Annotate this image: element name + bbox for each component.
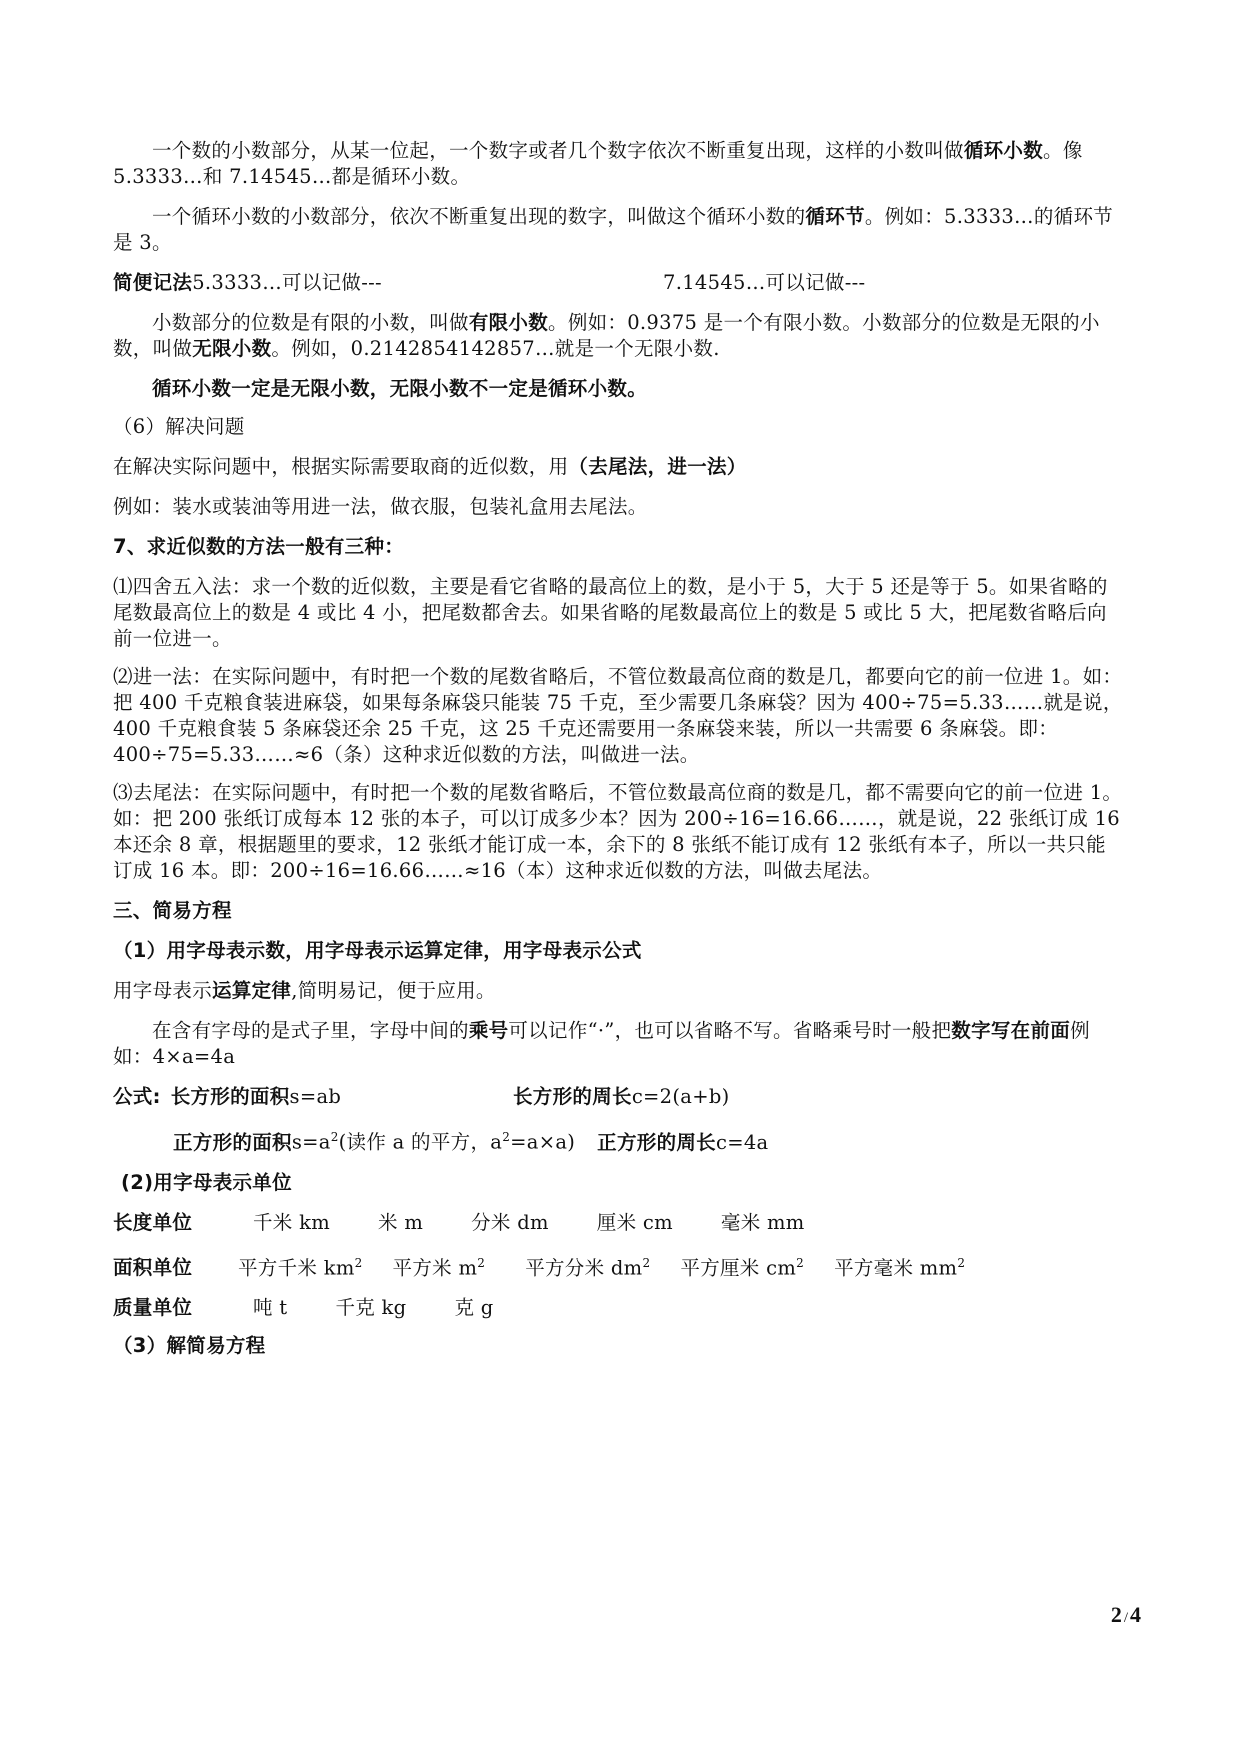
formula-row-square: 正方形的面积 s=a2(读作 a 的平方，a2=a×a) 正方形的周长c=4a	[113, 1124, 1125, 1156]
section-7-heading: 7、求近似数的方法一般有三种：	[113, 534, 1125, 560]
superscript: 2	[796, 1256, 804, 1270]
formula-row-rectangle: 公式: 长方形的面积 s=ab 长方形的周长c=2(a+b)	[113, 1084, 1125, 1110]
unit-t: 吨 t	[253, 1295, 287, 1321]
key-statement: 循环小数一定是无限小数，无限小数不一定是循环小数。	[113, 376, 1125, 402]
unit-km: 千米 km	[253, 1210, 330, 1236]
text: 。例如，0.2142854142857…就是一个无限小数.	[271, 337, 719, 360]
term-finite-decimal: 有限小数	[469, 311, 548, 334]
length-units-label: 长度单位	[113, 1210, 253, 1236]
finite-infinite-definition: 小数部分的位数是有限的小数，叫做有限小数。例如：0.9375 是一个有限小数。小…	[113, 310, 1125, 362]
text: 在含有字母的是式子里，字母中间的	[152, 1019, 469, 1042]
text: 一个数的小数部分，从某一位起，一个数字或者几个数字依次不断重复出现，这样的小数叫…	[152, 139, 964, 162]
methods-bold: （去尾法，进一法）	[568, 455, 746, 478]
chapter-3-heading: 三、简易方程	[113, 898, 1125, 924]
square-area-formula: s=a2(读作 a 的平方，a2=a×a)	[292, 1124, 575, 1156]
unit-dm2: 平方分米 dm2	[525, 1250, 650, 1282]
repeating-decimal-definition: 一个数的小数部分，从某一位起，一个数字或者几个数字依次不断重复出现，这样的小数叫…	[113, 138, 1125, 190]
area-units-row: 面积单位 平方千米 km2 平方米 m2 平方分米 dm2 平方厘米 cm2 平…	[113, 1250, 1125, 1282]
superscript: 2	[355, 1256, 363, 1270]
repeating-cycle-definition: 一个循环小数的小数部分，依次不断重复出现的数字，叫做这个循环小数的循环节。例如：…	[113, 204, 1125, 256]
term-operation-laws: 运算定律	[212, 979, 291, 1002]
text: 用字母表示	[113, 979, 212, 1002]
mass-units-row: 质量单位 吨 t 千克 kg 克 g	[113, 1295, 1125, 1321]
length-units-row: 长度单位 千米 km 米 m 分米 dm 厘米 cm 毫米 mm	[113, 1210, 1125, 1236]
term-multiplication-sign: 乘号	[469, 1019, 509, 1042]
method-rounding: ⑴四舍五入法：求一个数的近似数，主要是看它省略的最高位上的数，是小于 5，大于 …	[113, 574, 1125, 652]
area-units-label: 面积单位	[113, 1255, 238, 1281]
text: 平方毫米 mm	[834, 1256, 957, 1279]
square-perimeter-label: 正方形的周长	[597, 1131, 716, 1154]
superscript: 2	[331, 1130, 339, 1144]
unit-cm: 厘米 cm	[597, 1210, 673, 1236]
multiplication-sign-paragraph: 在含有字母的是式子里，字母中间的乘号可以记作“·”，也可以省略不写。省略乘号时一…	[113, 1018, 1125, 1070]
shorthand-example-2: 7.14545…可以记做---	[663, 270, 865, 296]
text: 一个循环小数的小数部分，依次不断重复出现的数字，叫做这个循环小数的	[152, 205, 805, 228]
unit-km2: 平方千米 km2	[238, 1250, 363, 1282]
subsection-3-heading: （3）解简易方程	[113, 1333, 1125, 1359]
text: =a×a)	[510, 1131, 575, 1154]
superscript: 2	[642, 1256, 650, 1270]
method-round-up: ⑵进一法：在实际问题中，有时把一个数的尾数省略后，不管位数最高位商的数是几，都要…	[113, 664, 1125, 768]
shorthand-label: 简便记法	[113, 270, 192, 296]
superscript: 2	[477, 1256, 485, 1270]
text: 平方千米 km	[238, 1256, 355, 1279]
text: 小数部分的位数是有限的小数，叫做	[152, 311, 469, 334]
shorthand-notation: 简便记法 5.3333…可以记做--- 7.14545…可以记做---	[113, 270, 1125, 296]
rect-perimeter-label: 长方形的周长	[513, 1085, 632, 1108]
unit-mm2: 平方毫米 mm2	[834, 1250, 965, 1282]
subsection-1-heading: （1）用字母表示数，用字母表示运算定律，用字母表示公式	[113, 938, 1125, 964]
rect-perimeter-formula: c=2(a+b)	[632, 1085, 730, 1108]
text: ,简明易记，便于应用。	[291, 979, 496, 1002]
term-number-first: 数字写在前面	[951, 1019, 1070, 1042]
rect-area-label: 长方形的面积	[171, 1084, 290, 1110]
rect-area-formula: s=ab	[290, 1084, 342, 1110]
page-total: 4	[1130, 1602, 1141, 1627]
term-repeating-decimal: 循环小数	[964, 139, 1043, 162]
text: 平方分米 dm	[525, 1256, 642, 1279]
document-page: 一个数的小数部分，从某一位起，一个数字或者几个数字依次不断重复出现，这样的小数叫…	[113, 138, 1125, 1359]
square-area-label: 正方形的面积	[173, 1130, 292, 1156]
section-6-heading: （6）解决问题	[113, 414, 1125, 440]
text: 在解决实际问题中，根据实际需要取商的近似数，用	[113, 455, 568, 478]
unit-cm2: 平方厘米 cm2	[680, 1250, 804, 1282]
term-infinite-decimal: 无限小数	[192, 337, 271, 360]
text: s=a	[292, 1131, 331, 1154]
unit-mm: 毫米 mm	[721, 1210, 805, 1236]
page-separator: /	[1124, 1610, 1128, 1626]
mass-units-label: 质量单位	[113, 1295, 253, 1321]
section-6-line-1: 在解决实际问题中，根据实际需要取商的近似数，用（去尾法，进一法）	[113, 454, 1125, 480]
text: 平方米 m	[393, 1256, 478, 1279]
shorthand-example-1: 5.3333…可以记做---	[192, 270, 382, 296]
superscript: 2	[957, 1256, 965, 1270]
text: (读作 a 的平方，a	[339, 1131, 503, 1154]
method-truncate: ⑶去尾法：在实际问题中，有时把一个数的尾数省略后，不管位数最高位商的数是几，都不…	[113, 780, 1125, 884]
unit-m2: 平方米 m2	[393, 1250, 486, 1282]
formula-label: 公式:	[113, 1084, 161, 1110]
text: 平方厘米 cm	[680, 1256, 796, 1279]
square-perimeter-formula: c=4a	[716, 1131, 769, 1154]
subsection-2-heading: (2)用字母表示单位	[113, 1170, 1125, 1196]
page-number: 2/4	[1111, 1602, 1141, 1628]
superscript: 2	[502, 1130, 510, 1144]
section-6-line-2: 例如：装水或装油等用进一法，做衣服，包装礼盒用去尾法。	[113, 494, 1125, 520]
unit-dm: 分米 dm	[471, 1210, 549, 1236]
operation-laws-line: 用字母表示运算定律,简明易记，便于应用。	[113, 978, 1125, 1004]
text: 可以记作“·”，也可以省略不写。省略乘号时一般把	[508, 1019, 951, 1042]
unit-kg: 千克 kg	[335, 1295, 406, 1321]
unit-m: 米 m	[378, 1210, 423, 1236]
unit-g: 克 g	[454, 1295, 493, 1321]
term-repeating-cycle: 循环节	[805, 205, 864, 228]
page-current: 2	[1111, 1602, 1122, 1627]
